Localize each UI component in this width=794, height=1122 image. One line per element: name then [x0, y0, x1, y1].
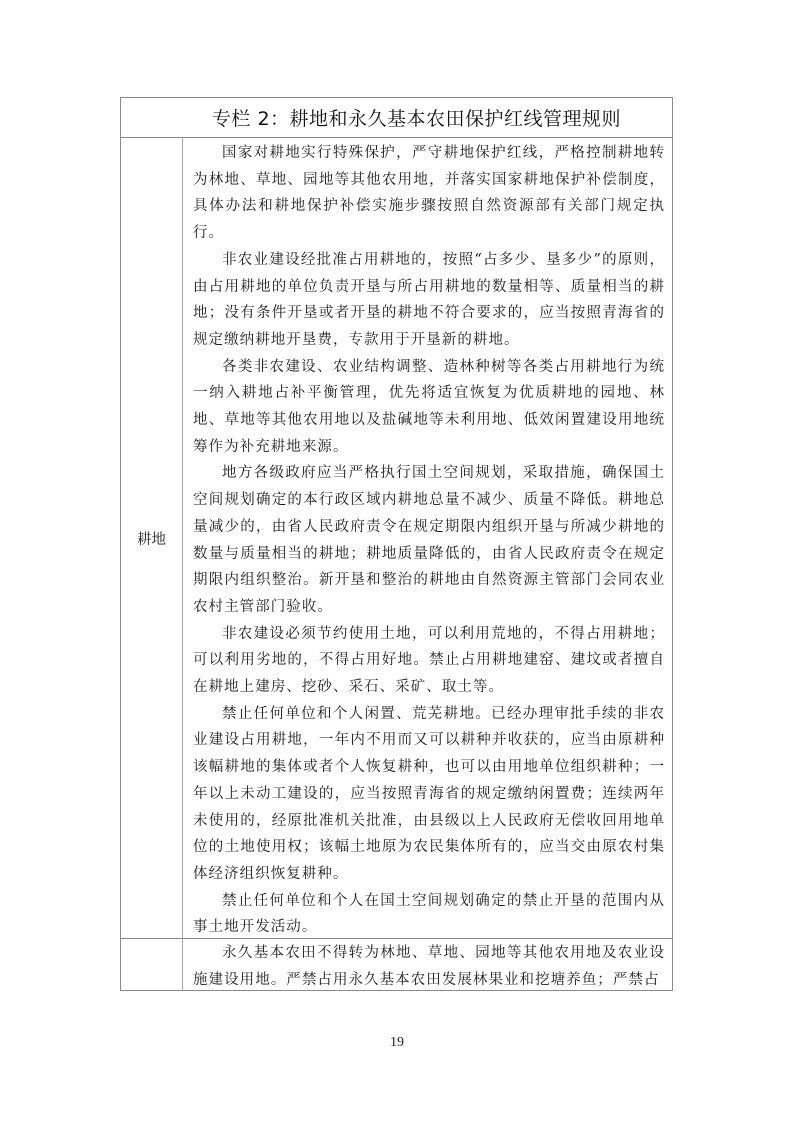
paragraph: 国家对耕地实行特殊保护，严守耕地保护红线，严格控制耕地转为林地、草地、园地等其他… — [193, 140, 665, 247]
policy-box-table: 专栏 2：耕地和永久基本农田保护红线管理规则 耕地 国家对耕地实行特殊保护，严守… — [120, 97, 673, 991]
row-label — [121, 939, 183, 990]
page-number: 19 — [0, 1035, 794, 1051]
row-content: 国家对耕地实行特殊保护，严守耕地保护红线，严格控制耕地转为林地、草地、园地等其他… — [183, 138, 672, 938]
row-content: 永久基本农田不得转为林地、草地、园地等其他农用地及农业设施建设用地。严禁占用永久… — [183, 939, 672, 990]
paragraph: 禁止任何单位和个人闲置、荒芜耕地。已经办理审批手续的非农业建设占用耕地，一年内不… — [193, 701, 665, 888]
box-title: 专栏 2：耕地和永久基本农田保护红线管理规则 — [212, 104, 621, 131]
paragraph: 永久基本农田不得转为林地、草地、园地等其他农用地及农业设施建设用地。严禁占用永久… — [193, 940, 665, 990]
row-label: 耕地 — [121, 138, 183, 938]
table-row-permanent-farmland: 永久基本农田不得转为林地、草地、园地等其他农用地及农业设施建设用地。严禁占用永久… — [121, 938, 672, 990]
paragraph: 禁止任何单位和个人在国土空间规划确定的禁止开垦的范围内从事土地开发活动。 — [193, 888, 665, 941]
paragraph: 非农业建设经批准占用耕地的，按照“占多少、垦多少”的原则，由占用耕地的单位负责开… — [193, 247, 665, 354]
paragraph: 非农建设必须节约使用土地，可以利用荒地的，不得占用耕地；可以利用劣地的，不得占用… — [193, 621, 665, 701]
paragraph: 各类非农建设、农业结构调整、造林种树等各类占用耕地行为统一纳入耕地占补平衡管理，… — [193, 354, 665, 461]
box-header: 专栏 2：耕地和永久基本农田保护红线管理规则 — [121, 98, 672, 138]
paragraph: 地方各级政府应当严格执行国土空间规划，采取措施，确保国土空间规划确定的本行政区域… — [193, 460, 665, 620]
table-row-cultivated-land: 耕地 国家对耕地实行特殊保护，严守耕地保护红线，严格控制耕地转为林地、草地、园地… — [121, 138, 672, 938]
